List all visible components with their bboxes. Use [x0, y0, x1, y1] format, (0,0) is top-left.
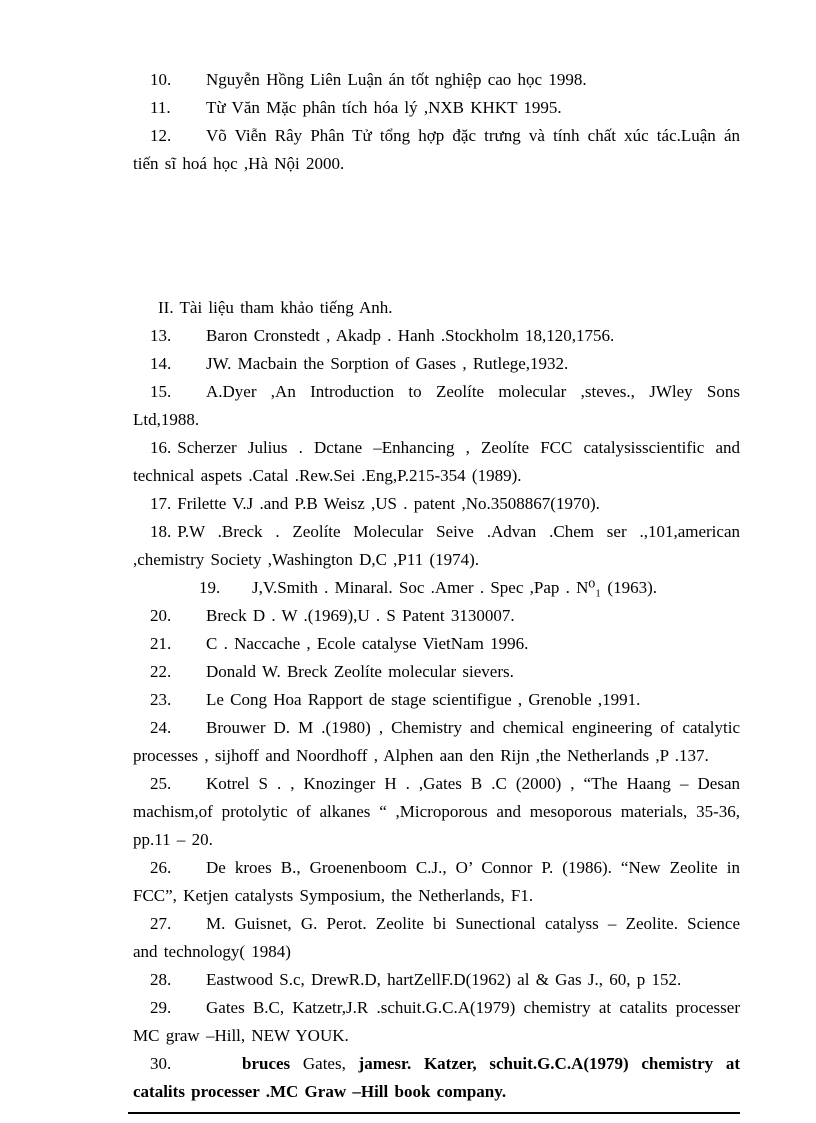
reference-text: Gates,: [290, 1054, 358, 1073]
footnote-separator: [128, 1112, 740, 1114]
reference-number: 13.: [150, 322, 206, 350]
reference-item-25: 25.Kotrel S . , Knozinger H . ,Gates B .…: [133, 770, 740, 854]
reference-item-10: 10.Nguyễn Hồng Liên Luận án tốt nghiệp c…: [133, 66, 740, 94]
document-page: 10.Nguyễn Hồng Liên Luận án tốt nghiệp c…: [0, 0, 816, 1123]
reference-number: 22.: [150, 658, 206, 686]
reference-number: 20.: [150, 602, 206, 630]
reference-item-11: 11.Từ Văn Mặc phân tích hóa lý ,NXB KHKT…: [133, 94, 740, 122]
reference-text: JW. Macbain the Sorption of Gases , Rutl…: [206, 354, 568, 373]
reference-text: Le Cong Hoa Rapport de stage scientifigu…: [206, 690, 640, 709]
reference-item-14: 14.JW. Macbain the Sorption of Gases , R…: [133, 350, 740, 378]
reference-text: Breck D . W .(1969),U . S Patent 3130007…: [206, 606, 515, 625]
reference-text: Từ Văn Mặc phân tích hóa lý ,NXB KHKT 19…: [206, 98, 562, 117]
reference-item-17: 17.Frilette V.J .and P.B Weisz ,US . pat…: [133, 490, 740, 518]
reference-text: Brouwer D. M .(1980) , Chemistry and che…: [133, 718, 740, 765]
reference-item-24: 24.Brouwer D. M .(1980) , Chemistry and …: [133, 714, 740, 770]
reference-item-16: 16.Scherzer Julius . Dctane –Enhancing ,…: [133, 434, 740, 490]
reference-number: 18.: [150, 518, 177, 546]
reference-text: C . Naccache , Ecole catalyse VietNam 19…: [206, 634, 528, 653]
reference-number: 25.: [150, 770, 206, 798]
reference-item-26: 26.De kroes B., Groenenboom C.J., O’ Con…: [133, 854, 740, 910]
reference-number: 17.: [150, 490, 177, 518]
reference-text: J,V.Smith . Minaral. Soc .Amer . Spec ,P…: [252, 578, 657, 597]
reference-text: Eastwood S.c, DrewR.D, hartZellF.D(1962)…: [206, 970, 681, 989]
reference-item-20: 20.Breck D . W .(1969),U . S Patent 3130…: [133, 602, 740, 630]
section-heading-english: II. Tài liệu tham khảo tiếng Anh.: [133, 294, 740, 322]
reference-text: Gates B.C, Katzetr,J.R .schuit.G.C.A(197…: [133, 998, 740, 1045]
reference-item-13: 13.Baron Cronstedt , Akadp . Hanh .Stock…: [133, 322, 740, 350]
reference-number: 10.: [150, 66, 206, 94]
reference-number: 19.: [199, 574, 252, 602]
reference-number: 14.: [150, 350, 206, 378]
reference-item-27: 27.M. Guisnet, G. Perot. Zeolite bi Sune…: [133, 910, 740, 966]
reference-number: 16.: [150, 434, 177, 462]
section-vietnamese-references: 10.Nguyễn Hồng Liên Luận án tốt nghiệp c…: [133, 66, 740, 178]
reference-number: 23.: [150, 686, 206, 714]
reference-text: Frilette V.J .and P.B Weisz ,US . patent…: [177, 494, 600, 513]
reference-item-19: 19.J,V.Smith . Minaral. Soc .Amer . Spec…: [133, 574, 740, 602]
reference-item-23: 23.Le Cong Hoa Rapport de stage scientif…: [133, 686, 740, 714]
reference-item-12: 12.Võ Viễn Rây Phân Tử tổng hợp đặc trưn…: [133, 122, 740, 178]
reference-number: 15.: [150, 378, 206, 406]
reference-item-28: 28.Eastwood S.c, DrewR.D, hartZellF.D(19…: [133, 966, 740, 994]
reference-text: Nguyễn Hồng Liên Luận án tốt nghiệp cao …: [206, 70, 587, 89]
reference-item-21: 21.C . Naccache , Ecole catalyse VietNam…: [133, 630, 740, 658]
reference-text: Baron Cronstedt , Akadp . Hanh .Stockhol…: [206, 326, 614, 345]
reference-number: 30.: [150, 1050, 242, 1078]
reference-text: De kroes B., Groenenboom C.J., O’ Connor…: [133, 858, 740, 905]
reference-item-15: 15.A.Dyer ,An Introduction to Zeolíte mo…: [133, 378, 740, 434]
reference-text: M. Guisnet, G. Perot. Zeolite bi Sunecti…: [133, 914, 740, 961]
reference-number: 29.: [150, 994, 206, 1022]
reference-text: P.W .Breck . Zeolíte Molecular Seive .Ad…: [133, 522, 740, 569]
reference-text: Donald W. Breck Zeolíte molecular siever…: [206, 662, 514, 681]
reference-number: 28.: [150, 966, 206, 994]
reference-text: A.Dyer ,An Introduction to Zeolíte molec…: [133, 382, 740, 429]
reference-text: Võ Viễn Rây Phân Tử tổng hợp đặc trưng v…: [133, 126, 740, 173]
reference-item-22: 22.Donald W. Breck Zeolíte molecular sie…: [133, 658, 740, 686]
reference-item-18: 18.P.W .Breck . Zeolíte Molecular Seive …: [133, 518, 740, 574]
reference-number: 12.: [150, 122, 206, 150]
reference-number: 24.: [150, 714, 206, 742]
reference-number: 11.: [150, 94, 206, 122]
reference-number: 26.: [150, 854, 206, 882]
reference-number: 21.: [150, 630, 206, 658]
section-english-references: 13.Baron Cronstedt , Akadp . Hanh .Stock…: [133, 322, 740, 1106]
reference-item-29: 29.Gates B.C, Katzetr,J.R .schuit.G.C.A(…: [133, 994, 740, 1050]
reference-text-bold: bruces: [242, 1054, 290, 1073]
reference-text: Scherzer Julius . Dctane –Enhancing , Ze…: [133, 438, 740, 485]
reference-number: 27.: [150, 910, 206, 938]
reference-text: Kotrel S . , Knozinger H . ,Gates B .C (…: [133, 774, 740, 849]
reference-item-30: 30.bruces Gates, jamesr. Katzer, schuit.…: [133, 1050, 740, 1106]
